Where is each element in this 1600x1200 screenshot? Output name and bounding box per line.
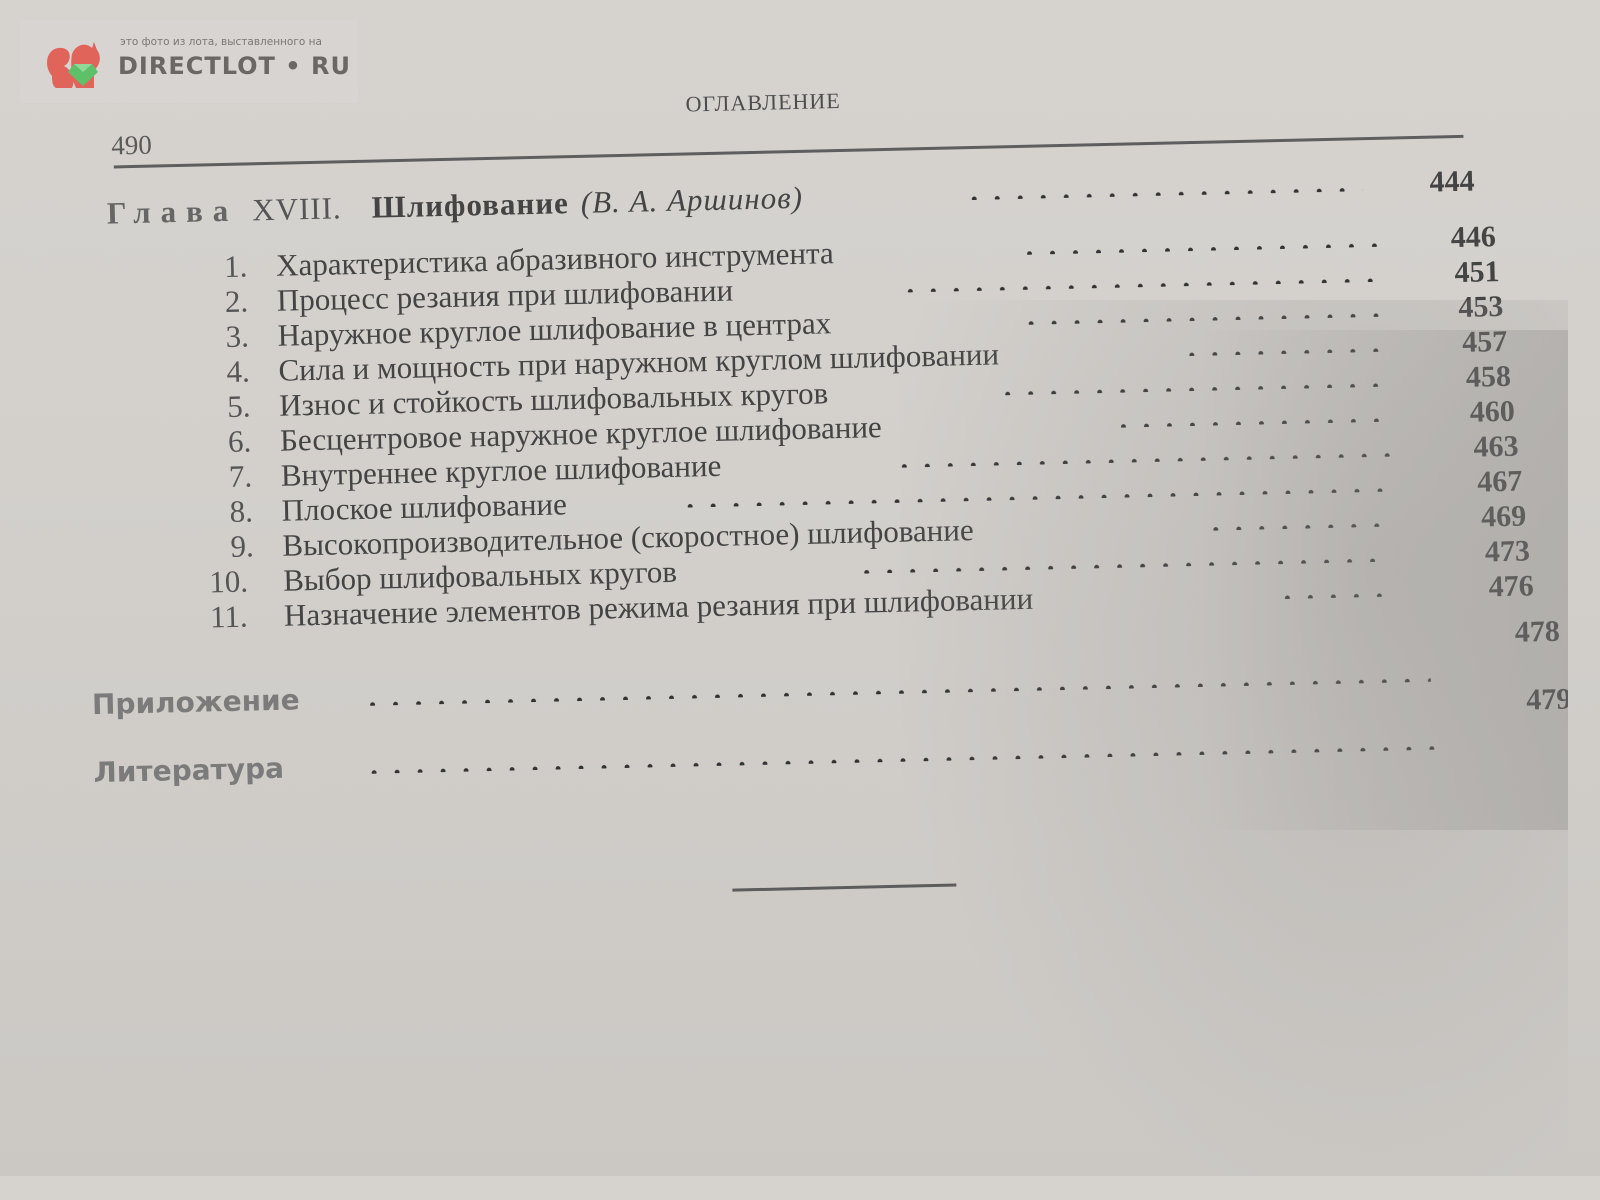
chapter-title: Шлифование xyxy=(371,185,569,224)
toc-section-entry: 4.Сила и мощность при наружном круглом ш… xyxy=(8,359,9,393)
section-page: 460 xyxy=(1434,395,1515,431)
toc-section-entry: 8.Плоское шлифование467 xyxy=(11,499,12,533)
section-number: 10. xyxy=(209,564,249,601)
end-rule xyxy=(732,884,956,892)
backmatter-title: Литература xyxy=(93,752,284,789)
toc-section-entry: 6.Бесцентровое наружное круглое шлифован… xyxy=(10,429,11,463)
backmatter-page: 479 xyxy=(1491,683,1568,719)
chapter-author: (В. А. Аршинов) xyxy=(580,180,803,220)
section-number: 3. xyxy=(225,318,249,355)
section-page: 469 xyxy=(1446,500,1527,536)
section-page: 463 xyxy=(1438,430,1519,466)
section-number: 1. xyxy=(224,248,248,285)
dot-leaders xyxy=(1204,523,1392,531)
dot-leaders xyxy=(1180,348,1388,357)
dot-leaders xyxy=(363,745,1443,774)
dot-leaders xyxy=(899,278,1387,293)
dot-leaders xyxy=(361,678,1431,706)
dot-leaders xyxy=(963,187,1363,200)
toc-backmatter-entry: Приложение478 xyxy=(16,690,17,724)
backmatter-page: 478 xyxy=(1479,615,1560,651)
toc-section-entry: 3.Наружное круглое шлифование в центрах4… xyxy=(7,324,8,358)
section-number: 5. xyxy=(227,388,251,425)
toc-section-entry: 7.Внутреннее круглое шлифование463 xyxy=(11,464,12,498)
section-number: 7. xyxy=(228,458,252,495)
toc-section-entry: 1.Характеристика абразивного инструмента… xyxy=(6,254,7,288)
toc-chapter-entry: ГлаваXVIII.Шлифование(В. А. Аршинов) 444 xyxy=(4,198,5,232)
toc-section-entry: 10.Выбор шлифовальных кругов473 xyxy=(13,569,14,603)
section-number: 8. xyxy=(229,493,253,530)
section-page: 473 xyxy=(1450,534,1531,570)
section-number: 6. xyxy=(228,423,252,460)
toc-section-entry: 5.Износ и стойкость шлифовальных кругов4… xyxy=(9,394,10,428)
chapter-prefix: Глава xyxy=(106,193,238,231)
toc-section-entry: 2.Процесс резания при шлифовании451 xyxy=(7,289,8,323)
dot-leaders xyxy=(1018,243,1386,255)
section-page: 446 xyxy=(1415,220,1496,256)
running-head: ОГЛАВЛЕНИЕ xyxy=(685,88,841,118)
dot-leaders xyxy=(996,383,1389,396)
dot-leaders xyxy=(1112,418,1390,428)
toc-section-entry: 11.Назначение элементов режима резания п… xyxy=(14,604,15,638)
section-page: 457 xyxy=(1427,325,1508,361)
header-rule xyxy=(114,135,1464,169)
section-page: 467 xyxy=(1442,465,1523,501)
section-page: 458 xyxy=(1431,360,1512,396)
section-number: 9. xyxy=(230,528,254,565)
section-page: 476 xyxy=(1453,569,1534,605)
section-page: 453 xyxy=(1423,290,1504,326)
dot-leaders xyxy=(1020,313,1388,325)
dot-leaders xyxy=(679,488,1392,508)
section-number: 11. xyxy=(210,599,248,636)
toc-backmatter-entry: Литература479 xyxy=(17,758,18,792)
backmatter-title: Приложение xyxy=(92,683,300,721)
dot-leaders xyxy=(1276,593,1394,600)
section-number: 2. xyxy=(225,283,249,320)
book-page: 490 ОГЛАВЛЕНИЕ ГлаваXVIII.Шлифование(В. … xyxy=(0,0,1568,1176)
section-page: 451 xyxy=(1419,255,1500,291)
chapter-number: XVIII. xyxy=(252,190,342,227)
toc-section-entry: 9.Высокопроизводительное (скоростное) шл… xyxy=(12,534,13,568)
page-number: 490 xyxy=(111,130,152,162)
dot-leaders xyxy=(893,453,1391,468)
dot-leaders xyxy=(855,558,1393,574)
chapter-page: 444 xyxy=(1404,165,1475,201)
section-number: 4. xyxy=(226,353,250,390)
